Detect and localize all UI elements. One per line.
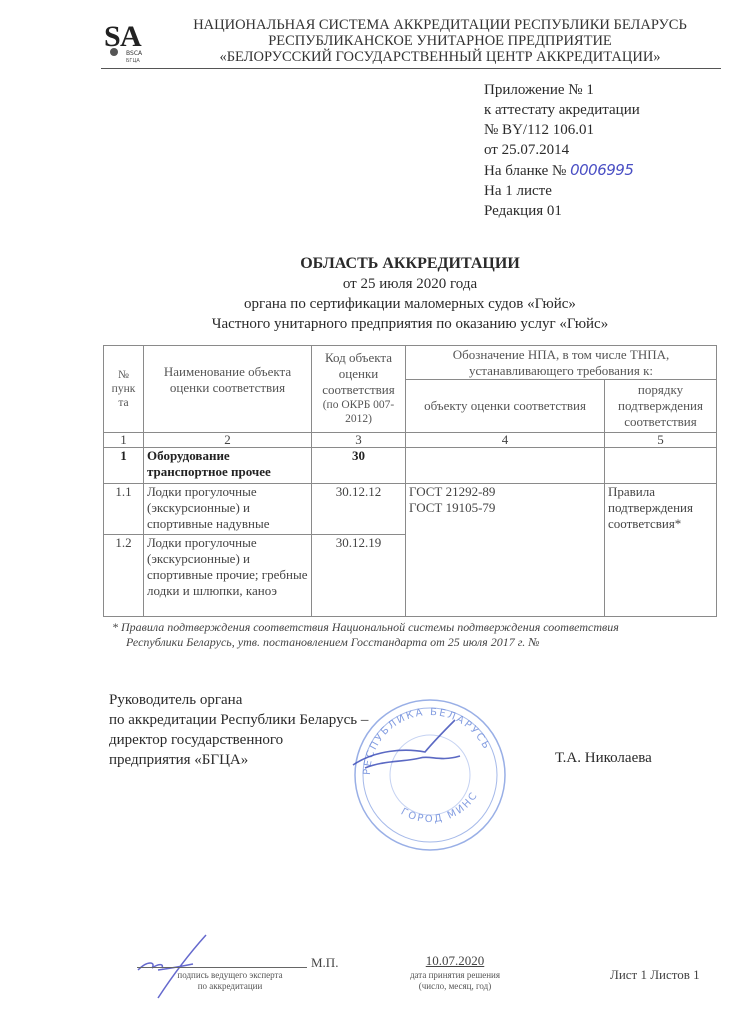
row-object-code: 30.12.12 — [312, 484, 406, 535]
svg-text:S: S — [104, 20, 121, 53]
title-body-name: органа по сертификации маломерных судов … — [100, 294, 720, 314]
stamp-place-label: М.П. — [311, 955, 338, 971]
decision-date-caption: дата принятия решения (число, месяц, год… — [385, 970, 525, 992]
row-number: 1 — [104, 448, 144, 484]
header-object-name: Наименование объекта оценки соответствия — [144, 346, 312, 433]
blank-label: На бланке № — [484, 163, 566, 179]
sheet-info: Лист 1 Листов 1 — [610, 967, 700, 983]
appendix-line-1: Приложение № 1 — [484, 80, 640, 100]
signatory-name: Т.А. Николаева — [555, 750, 652, 767]
row-npa-procedure — [605, 448, 717, 484]
header-item-number: № пунк та — [104, 346, 144, 433]
header-object-code: Код объекта оценки соответствия (по ОКРБ… — [312, 346, 406, 433]
header-organization: НАЦИОНАЛЬНАЯ СИСТЕМА АККРЕДИТАЦИИ РЕСПУБ… — [160, 17, 720, 65]
title-block: ОБЛАСТЬ АККРЕДИТАЦИИ от 25 июля 2020 год… — [100, 254, 720, 334]
title-date: от 25 июля 2020 года — [100, 274, 720, 294]
header-npa-group: Обозначение НПА, в том числе ТНПА, устан… — [406, 346, 717, 380]
appendix-sheets: На 1 листе — [484, 181, 640, 201]
row-object-name: Лодки прогулочные (экскурсионные) и спор… — [144, 535, 312, 617]
svg-text:BSCA: BSCA — [126, 50, 143, 57]
row-object-code: 30 — [312, 448, 406, 484]
footnote: * Правила подтверждения соответствия Нац… — [112, 620, 717, 650]
appendix-block: Приложение № 1 к аттестату акредитации №… — [484, 80, 640, 221]
row-number: 1.2 — [104, 535, 144, 617]
appendix-blank-line: На бланке № 0006995 — [484, 160, 640, 181]
header-npa-object: объекту оценки соответствия — [406, 380, 605, 433]
row-object-name: Оборудование транспортное прочее — [144, 448, 312, 484]
footnote-line-2: Республики Беларусь, утв. постановлением… — [112, 635, 717, 650]
row-object-name: Лодки прогулочные (экскурсионные) и спор… — [144, 484, 312, 535]
blank-number-handwritten: 0006995 — [570, 161, 633, 179]
appendix-certificate-number: № BY/112 106.01 — [484, 120, 640, 140]
accreditation-scope-table: № пунк та Наименование объекта оценки со… — [103, 345, 717, 617]
svg-text:A: A — [120, 20, 142, 53]
row-number: 1.1 — [104, 484, 144, 535]
header-line-3: «БЕЛОРУССКИЙ ГОСУДАРСТВЕННЫЙ ЦЕНТР АККРЕ… — [160, 49, 720, 65]
table-row: 1.1 Лодки прогулочные (экскурсионные) и … — [104, 484, 717, 535]
expert-signature-caption: подпись ведущего эксперта по аккредитаци… — [150, 970, 310, 992]
svg-text:БГЦА: БГЦА — [126, 58, 140, 64]
numbering-row: 1 2 3 4 5 — [104, 433, 717, 448]
appendix-line-2: к аттестату акредитации — [484, 100, 640, 120]
table-row: 1 Оборудование транспортное прочее 30 — [104, 448, 717, 484]
row-npa-object: ГОСТ 21292-89 ГОСТ 19105-79 — [406, 484, 605, 617]
expert-signature-line — [137, 967, 307, 968]
header-object-code-classifier: (по ОКРБ 007-2012) — [315, 398, 402, 426]
title-enterprise-name: Частного унитарного предприятия по оказа… — [100, 314, 720, 334]
page-title: ОБЛАСТЬ АККРЕДИТАЦИИ — [100, 254, 720, 274]
header-line-2: РЕСПУБЛИКАНСКОЕ УНИТАРНОЕ ПРЕДПРИЯТИЕ — [160, 33, 720, 49]
row-object-code: 30.12.19 — [312, 535, 406, 617]
decision-date: 10.07.2020 — [405, 953, 505, 969]
row-npa-object — [406, 448, 605, 484]
bsca-logo-icon: S A BSCA БГЦА — [104, 16, 150, 64]
appendix-certificate-date: от 25.07.2014 — [484, 140, 640, 160]
header-npa-procedure: порядку подтверждения соответствия — [605, 380, 717, 433]
row-npa-procedure: Правила подтверждения соответсвия* — [605, 484, 717, 617]
header-divider — [101, 68, 721, 69]
header-line-1: НАЦИОНАЛЬНАЯ СИСТЕМА АККРЕДИТАЦИИ РЕСПУБ… — [160, 17, 720, 33]
signatory-title: Руководитель органа по аккредитации Респ… — [109, 690, 368, 770]
footnote-line-1: * Правила подтверждения соответствия Нац… — [112, 620, 619, 634]
official-stamp-icon: РЕСПУБЛИКА БЕЛАРУСЬ ГОРОД МИНСК — [345, 690, 515, 860]
appendix-revision: Редакция 01 — [484, 201, 640, 221]
